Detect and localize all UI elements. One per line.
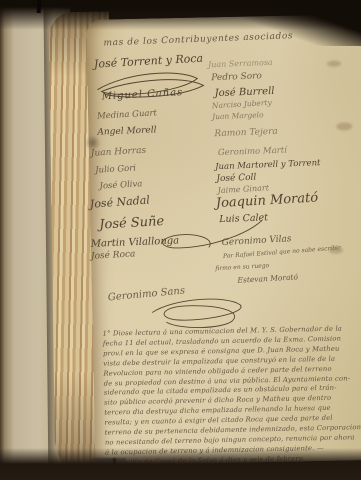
bottom-shadow xyxy=(0,448,361,480)
signature: Estevan Morató xyxy=(237,272,298,284)
signature: José Oliva xyxy=(99,179,142,191)
signature: José Roca xyxy=(91,249,136,261)
manuscript-page: mas de los Contribuyentes asociados José… xyxy=(86,14,361,466)
signature: José Suñe xyxy=(99,214,165,233)
signature: José Coll xyxy=(216,173,256,185)
signature: Pedro Soro xyxy=(211,71,262,83)
signature: Martin Vilallonga xyxy=(91,235,180,249)
signature: Geronimo Sans xyxy=(107,285,185,303)
signature: Juan Horras xyxy=(91,146,147,159)
signature: José Nadal xyxy=(89,193,150,210)
signature: Juan Martorell y Torrent xyxy=(215,158,321,172)
signature: Julio Gori xyxy=(95,163,136,175)
top-right-shadow xyxy=(211,0,361,46)
ink-smudge xyxy=(329,247,343,254)
minutes-paragraph: 1° Diose lectura á una comunicacion del … xyxy=(103,323,361,469)
ink-smudge xyxy=(336,122,352,130)
signature: Juan Serramosa xyxy=(208,58,273,69)
scanned-manuscript-photo: mas de los Contribuyentes asociados José… xyxy=(0,0,361,480)
binding-mark xyxy=(37,0,42,13)
signature: Narciso Juberty xyxy=(212,98,272,110)
signature: Luis Calet xyxy=(219,212,268,225)
signature: José Torrent y Roca xyxy=(94,52,204,71)
signature: Juan Margelo xyxy=(212,110,264,121)
proxy-note-line: firmo en su ruego xyxy=(215,262,269,272)
signature: Geronimo Vilas xyxy=(221,234,291,248)
ink-smudge xyxy=(327,61,341,67)
signature: Geronimo Martí xyxy=(218,145,287,158)
signature: Ramon Tejera xyxy=(214,127,278,139)
signature: Miguel Cañas xyxy=(101,87,183,103)
signature: Medina Guart xyxy=(97,108,157,121)
signature: Angel Morell xyxy=(97,125,156,137)
